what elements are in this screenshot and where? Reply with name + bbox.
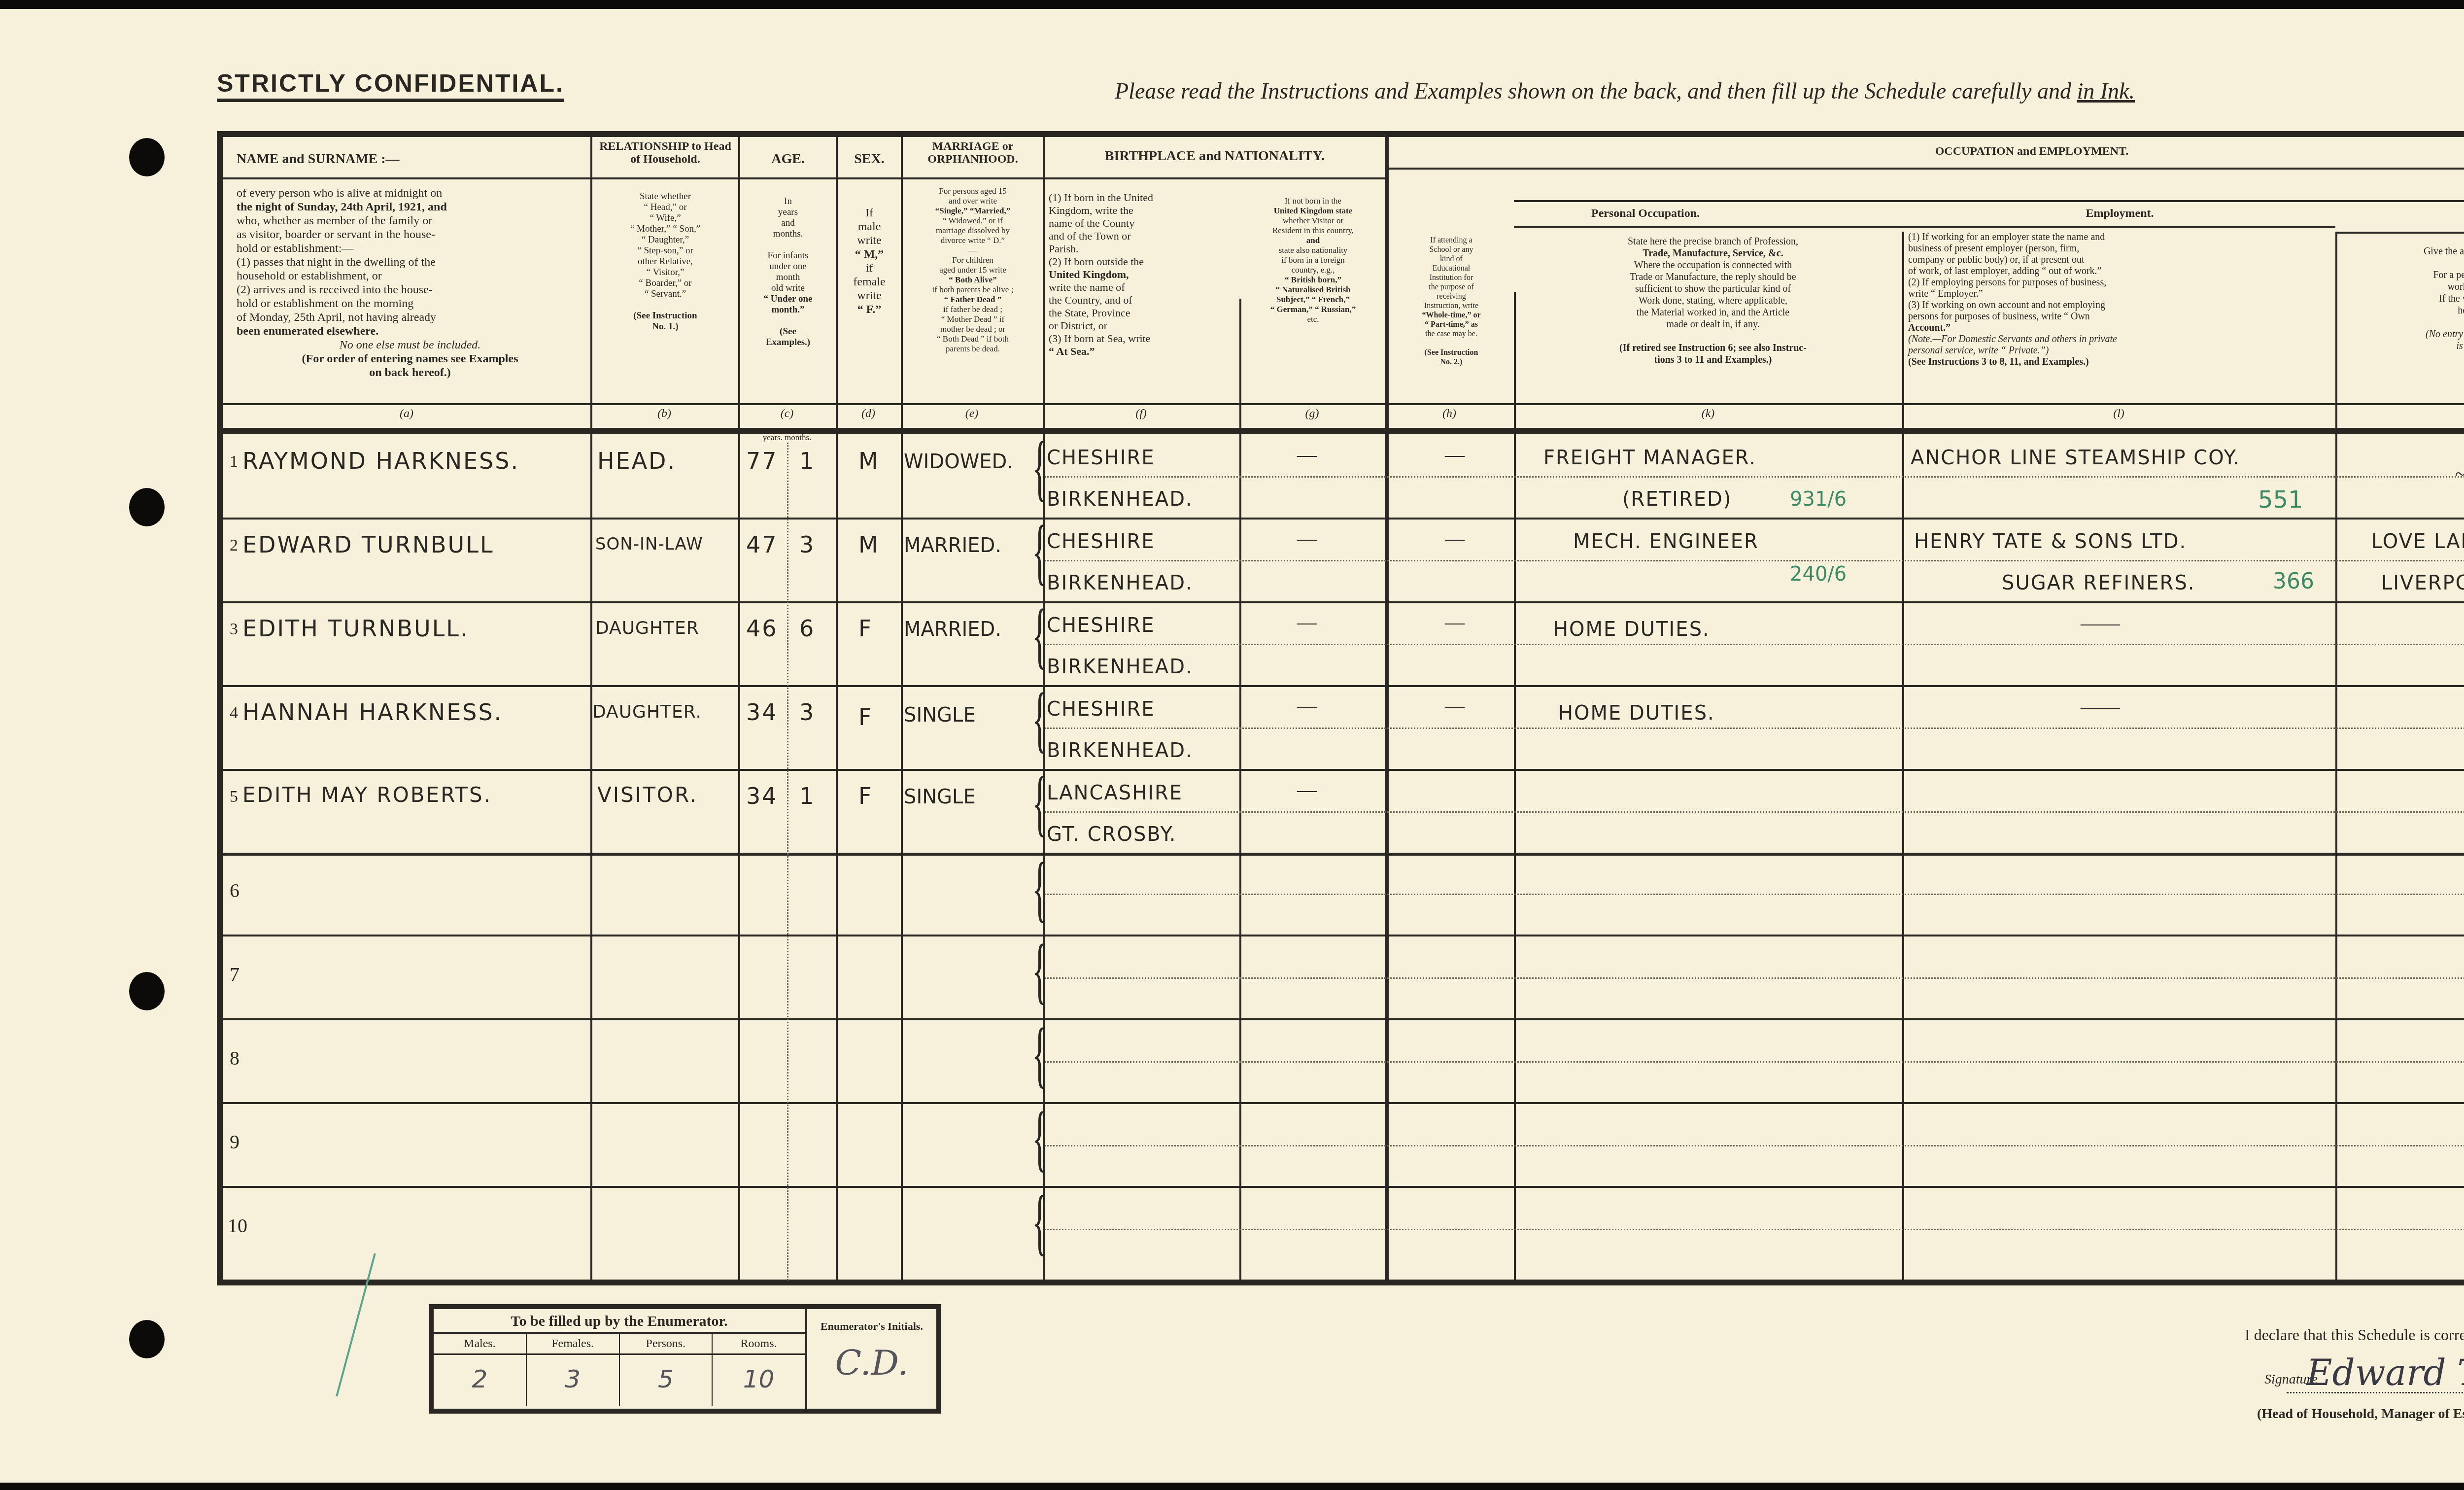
age-years: 47	[746, 531, 778, 558]
col-g-letter: (g)	[1239, 407, 1385, 420]
brace: {	[1032, 852, 1048, 926]
relationship: SON-IN-LAW	[595, 534, 703, 554]
occupation-code: 240/6	[1790, 563, 1847, 586]
row-number: 3	[230, 620, 238, 639]
birthplace-county: CHESHIRE	[1047, 530, 1155, 553]
birthplace-town: BIRKENHEAD.	[1047, 656, 1193, 678]
fill-instructions: Please read the Instructions and Example…	[1115, 78, 2135, 104]
education: —	[1445, 694, 1465, 717]
person-name: EDITH TURNBULL.	[242, 615, 469, 642]
age-years: 34	[746, 783, 778, 809]
punch-hole	[129, 972, 165, 1010]
marital-status: MARRIED.	[904, 534, 1001, 557]
brace: {	[1032, 598, 1048, 672]
row-divider	[223, 1186, 2464, 1188]
row-midline	[1045, 560, 2464, 561]
nationality: —	[1297, 610, 1317, 633]
col-d-instructions: Ifmalewrite“ M,”iffemalewrite“ F.”	[838, 206, 901, 316]
person-name: EDWARD TURNBULL	[242, 531, 494, 558]
col-divider	[1385, 137, 1389, 1280]
row-divider	[223, 685, 2464, 687]
col-divider	[1239, 299, 1241, 1280]
age-months: 1	[799, 783, 815, 809]
punch-hole	[129, 138, 165, 176]
birthplace-title: BIRTHPLACE and NATIONALITY.	[1045, 149, 1385, 164]
header-line	[590, 177, 1385, 179]
col-e-letter: (e)	[901, 407, 1043, 420]
row-midline	[1045, 476, 2464, 478]
col-k-title: Personal Occupation.	[1389, 206, 1902, 221]
brace: {	[1032, 1101, 1048, 1175]
birthplace-county: CHESHIRE	[1047, 447, 1155, 469]
letters-line	[223, 403, 2464, 405]
sex: M	[858, 531, 880, 558]
place-of-work: ~~~~	[2455, 462, 2464, 485]
sex: F	[858, 615, 873, 642]
enumerator-initials-cell: Enumerator's Initials. C.D.	[807, 1309, 936, 1409]
col-a-letter: (a)	[223, 407, 590, 420]
col-m-instructions: Give the address of each person's place …	[2337, 245, 2464, 352]
employer: ANCHOR LINE STEAMSHIP COY.	[1911, 447, 2240, 469]
row-number: 1	[230, 452, 238, 471]
birthplace-county: LANCASHIRE	[1047, 782, 1183, 804]
header-line	[223, 177, 590, 179]
row-number: 4	[230, 704, 238, 723]
age-subheader: years. months.	[738, 433, 836, 443]
relationship: VISITOR.	[597, 783, 698, 807]
person-name: EDITH MAY ROBERTS.	[242, 783, 492, 807]
col-m-letter: (m)	[2335, 407, 2464, 420]
age-years: 46	[746, 615, 778, 642]
col-divider	[1514, 292, 1516, 1280]
brace: {	[1032, 934, 1048, 1007]
header-line	[2335, 232, 2464, 234]
row-divider	[223, 601, 2464, 603]
col-e-title: MARRIAGE or ORPHANHOOD.	[903, 140, 1043, 166]
employer: HENRY TATE & SONS LTD.	[1914, 530, 2187, 553]
row-midline	[1045, 644, 2464, 645]
brace: {	[1032, 515, 1048, 589]
col-b-letter: (b)	[590, 407, 738, 420]
row-midline	[1045, 1061, 2464, 1063]
marital-status: SINGLE	[904, 704, 976, 727]
relationship: HEAD.	[597, 448, 676, 474]
col-divider	[2335, 232, 2337, 1280]
col-l-title: Employment.	[1904, 206, 2335, 221]
col-divider	[1902, 232, 1904, 1280]
nationality: —	[1297, 778, 1317, 801]
occupation: MECH. ENGINEER	[1573, 530, 1759, 553]
col-d-title: SEX.	[838, 152, 901, 167]
row-divider	[223, 935, 2464, 936]
enumerator-summary-box: To be filled up by the Enumerator. Males…	[429, 1304, 941, 1414]
signature-note: (Head of Household, Manager of Establish…	[2257, 1406, 2464, 1422]
nationality: —	[1297, 443, 1317, 466]
brace: {	[1032, 766, 1048, 840]
row-number: 8	[230, 1046, 240, 1070]
row-divider	[223, 1018, 2464, 1020]
marital-status: MARRIED.	[904, 618, 1001, 641]
row-divider	[223, 769, 2464, 771]
schedule-table: NAME and SURNAME :— of every person who …	[217, 131, 2464, 1285]
col-a-instructions: of every person who is alive at midnight…	[233, 186, 587, 380]
col-l-letter: (l)	[1902, 407, 2335, 420]
birthplace-county: CHESHIRE	[1047, 614, 1155, 637]
row-midline	[1045, 1145, 2464, 1146]
col-k-instructions: State here the precise branch of Profess…	[1524, 236, 1902, 366]
occupation-title: OCCUPATION and EMPLOYMENT.	[1389, 144, 2464, 159]
males-cell: Males.2	[434, 1334, 527, 1406]
row-divider	[223, 518, 2464, 520]
col-c-title: AGE.	[740, 152, 836, 167]
confidential-title: STRICTLY CONFIDENTIAL.	[217, 69, 564, 102]
nationality: —	[1297, 526, 1317, 550]
punch-hole	[129, 1320, 165, 1358]
row-midline	[1045, 1229, 2464, 1230]
col-c-instructions: Inyearsandmonths. For infantsunder onemo…	[740, 196, 836, 348]
sex: F	[858, 704, 873, 730]
occupation: HOME DUTIES.	[1553, 618, 1710, 641]
relationship: DAUGHTER.	[592, 702, 702, 722]
birthplace-town: GT. CROSBY.	[1047, 823, 1177, 846]
place-of-work: LOVE LANE	[2371, 530, 2464, 553]
col-h-letter: (h)	[1385, 407, 1514, 420]
brace: {	[1032, 431, 1048, 505]
census-schedule-page: STRICTLY CONFIDENTIAL. Please read the I…	[0, 9, 2464, 1483]
person-name: RAYMOND HARKNESS.	[242, 448, 519, 474]
age-years: 34	[746, 699, 778, 726]
col-f-instructions: (1) If born in the UnitedKingdom, write …	[1045, 191, 1239, 358]
rooms-cell: Rooms.10	[713, 1334, 805, 1406]
occupation: HOME DUTIES.	[1558, 702, 1715, 725]
age-months: 3	[799, 699, 815, 726]
occupation-note: (RETIRED)	[1622, 488, 1732, 511]
row-midline	[1045, 894, 2464, 895]
col-h-instructions: If attending aSchool or anykind ofEducat…	[1389, 236, 1514, 367]
place-of-work-town: LIVERPOOL.	[2381, 572, 2464, 594]
col-b-instructions: State whether“ Head,” or“ Wife,”“ Mother…	[592, 191, 738, 332]
marital-status: SINGLE	[904, 786, 976, 808]
marital-status: WIDOWED.	[904, 450, 1013, 473]
enumerator-summary-title: To be filled up by the Enumerator.	[434, 1309, 805, 1334]
age-years-months-divider	[787, 443, 788, 1281]
employer-business: SUGAR REFINERS.	[2002, 572, 2195, 594]
row-number: 6	[230, 879, 240, 902]
age-months: 1	[799, 448, 815, 474]
females-cell: Females.3	[527, 1334, 620, 1406]
signature: Edward Turnbull.	[2306, 1352, 2464, 1393]
row-midline	[1045, 977, 2464, 979]
employer-code: 551	[2258, 486, 2303, 514]
row-midline	[1045, 811, 2464, 813]
header-line	[1385, 168, 2464, 170]
header-bottom-line	[223, 428, 2464, 434]
age-months: 3	[799, 531, 815, 558]
person-name: HANNAH HARKNESS.	[242, 699, 503, 726]
col-f-letter: (f)	[1043, 407, 1239, 420]
education: —	[1445, 526, 1465, 550]
brace: {	[1032, 1017, 1048, 1091]
birthplace-county: CHESHIRE	[1047, 698, 1155, 721]
birthplace-town: BIRKENHEAD.	[1047, 572, 1193, 594]
occupation: FREIGHT MANAGER.	[1543, 447, 1756, 469]
col-d-letter: (d)	[836, 407, 901, 420]
age-months: 6	[799, 615, 815, 642]
row-number: 10	[228, 1214, 247, 1237]
occupation-code: 931/6	[1790, 488, 1847, 511]
sex: F	[858, 783, 873, 809]
declaration-text: I declare that this Schedule is correctl…	[2245, 1326, 2464, 1344]
age-years: 77	[746, 448, 778, 474]
row-divider	[223, 1102, 2464, 1104]
relationship: DAUGHTER	[595, 618, 699, 638]
col-b-title: RELATIONSHIP to Head of Household.	[592, 140, 738, 166]
nationality: —	[1297, 694, 1317, 717]
sex: M	[858, 448, 880, 474]
brace: {	[1032, 682, 1048, 756]
row-number: 2	[230, 536, 238, 555]
employer: ——	[2081, 611, 2120, 634]
employer: ——	[2081, 695, 2120, 718]
persons-cell: Persons.5	[620, 1334, 713, 1406]
row-midline	[1045, 728, 2464, 729]
col-a-title: NAME and SURNAME :—	[233, 152, 587, 167]
col-c-letter: (c)	[738, 407, 836, 420]
row-number: 7	[230, 963, 240, 986]
birthplace-town: BIRKENHEAD.	[1047, 488, 1193, 511]
col-g-instructions: If not born in theUnited Kingdom statewh…	[1241, 196, 1385, 324]
col-l-instructions: (1) If working for an employer state the…	[1904, 232, 2335, 368]
row-number: 9	[230, 1130, 240, 1153]
col-m-title: Place of Work.	[2337, 206, 2464, 221]
employer-code: 366	[2273, 569, 2314, 594]
row-number: 5	[230, 788, 238, 806]
header-line	[1514, 200, 2464, 202]
education: —	[1445, 443, 1465, 466]
brace: {	[1032, 1185, 1048, 1259]
education: —	[1445, 610, 1465, 633]
header-line	[1514, 226, 2335, 228]
row-divider	[223, 853, 2464, 856]
col-k-letter: (k)	[1514, 407, 1902, 420]
birthplace-town: BIRKENHEAD.	[1047, 739, 1193, 762]
punch-hole	[129, 488, 165, 526]
col-e-instructions: For persons aged 15and over write“Single…	[903, 186, 1043, 354]
